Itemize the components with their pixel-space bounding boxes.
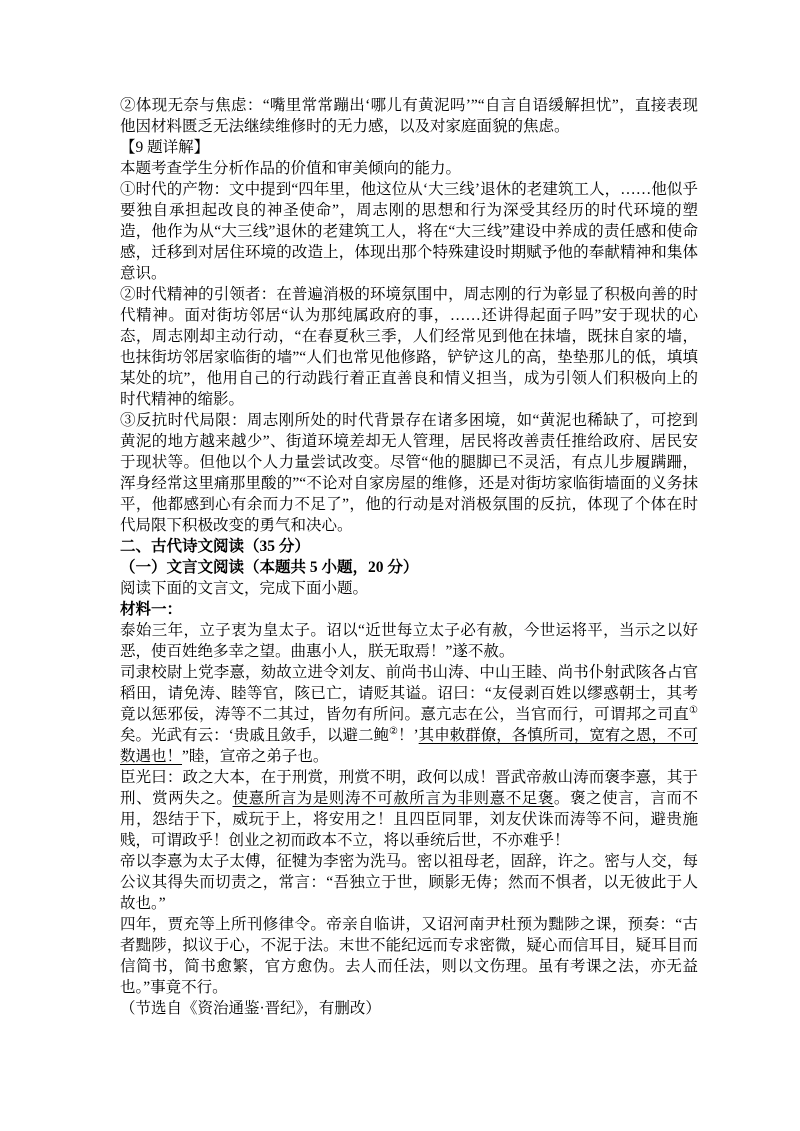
document-page: ②体现无奈与焦虑：“嘴里常常蹦出‘哪儿有黄泥吗’”“自言自语缓解担忧”，直接表现… — [120, 95, 698, 1019]
paragraph: ①时代的产物：文中提到“四年里，他这位从‘大三线’退休的老建筑工人，……他似乎要… — [120, 179, 698, 284]
text-segment: 帝以李憙为太子太傅，征犍为李密为洗马。密以祖母老，固辞，许之。密与人交，每公议其… — [120, 853, 698, 912]
section-heading: 材料一： — [120, 599, 698, 620]
text-segment: ①时代的产物：文中提到“四年里，他这位从‘大三线’退休的老建筑工人，……他似乎要… — [120, 181, 698, 282]
paragraph: ③反抗时代局限：周志刚所处的时代背景存在诸多困境，如“黄泥也稀缺了，可挖到黄泥的… — [120, 410, 698, 536]
section-heading: 二、古代诗文阅读（35 分） — [120, 536, 698, 557]
text-segment: 材料一： — [120, 601, 182, 618]
paragraph: 【9 题详解】 — [120, 137, 698, 158]
text-segment: （一）文言文阅读（本题共 5 小题，20 分） — [120, 559, 418, 576]
paragraph: 帝以李憙为太子太傅，征犍为李密为洗马。密以祖母老，固辞，许之。密与人交，每公议其… — [120, 851, 698, 914]
paragraph: 司隶校尉上党李憙，劾故立进令刘友、前尚书山涛、中山王睦、尚书仆射武陔各占官稻田，… — [120, 662, 698, 767]
text-segment: ②时代精神的引领者：在普遍消极的环境氛围中，周志刚的行为彰显了积极向善的时代精神… — [120, 286, 698, 408]
text-segment: 泰始三年，立子衷为皇太子。诏以“近世每立太子必有赦，今世运将平，当示之以好恶，使… — [120, 622, 698, 660]
footnote-marker: ② — [389, 726, 398, 737]
text-segment: ”睦，宣帝之弟子也。 — [182, 748, 328, 765]
paragraph: ②时代精神的引领者：在普遍消极的环境氛围中，周志刚的行为彰显了积极向善的时代精神… — [120, 284, 698, 410]
text-segment: 阅读下面的文言文，完成下面小题。 — [120, 580, 368, 597]
paragraph: ②体现无奈与焦虑：“嘴里常常蹦出‘哪儿有黄泥吗’”“自言自语缓解担忧”，直接表现… — [120, 95, 698, 137]
text-segment: （节选自《资治通鉴·晋纪》，有删改） — [120, 1000, 381, 1017]
text-segment: 四年，贾充等上所刊修律令。帝亲自临讲，又诏河南尹杜预为黜陟之课，预奏：“古者黜陟… — [120, 916, 698, 996]
text-segment: 二、古代诗文阅读（35 分） — [120, 538, 310, 555]
paragraph: 阅读下面的文言文，完成下面小题。 — [120, 578, 698, 599]
text-segment: ②体现无奈与焦虑：“嘴里常常蹦出‘哪儿有黄泥吗’”“自言自语缓解担忧”，直接表现… — [120, 97, 698, 135]
paragraph: 四年，贾充等上所刊修律令。帝亲自临讲，又诏河南尹杜预为黜陟之课，预奏：“古者黜陟… — [120, 914, 698, 998]
section-heading: （一）文言文阅读（本题共 5 小题，20 分） — [120, 557, 698, 578]
paragraph: 泰始三年，立子衷为皇太子。诏以“近世每立太子必有赦，今世运将平，当示之以好恶，使… — [120, 620, 698, 662]
paragraph: 臣光曰：政之大本，在于刑赏，刑赏不明，政何以成！晋武帝赦山涛而褒李憙，其于刑、赏… — [120, 767, 698, 851]
footnote-marker: ① — [689, 705, 698, 716]
text-segment: 本题考查学生分析作品的价值和审美倾向的能力。 — [120, 160, 461, 177]
text-segment: ！’ — [398, 727, 419, 744]
underlined-text: 使憙所言为是则涛不可赦所言为非则憙不足褒 — [233, 790, 554, 807]
text-segment: 矣。光武有云：‘贵戚且敛手，以避二鲍 — [120, 727, 389, 744]
text-segment: 【9 题详解】 — [120, 139, 209, 156]
paragraph: （节选自《资治通鉴·晋纪》，有删改） — [120, 998, 698, 1019]
paragraph: 本题考查学生分析作品的价值和审美倾向的能力。 — [120, 158, 698, 179]
text-segment: 司隶校尉上党李憙，劾故立进令刘友、前尚书山涛、中山王睦、尚书仆射武陔各占官稻田，… — [120, 664, 698, 723]
text-segment: ③反抗时代局限：周志刚所处的时代背景存在诸多困境，如“黄泥也稀缺了，可挖到黄泥的… — [120, 412, 698, 534]
